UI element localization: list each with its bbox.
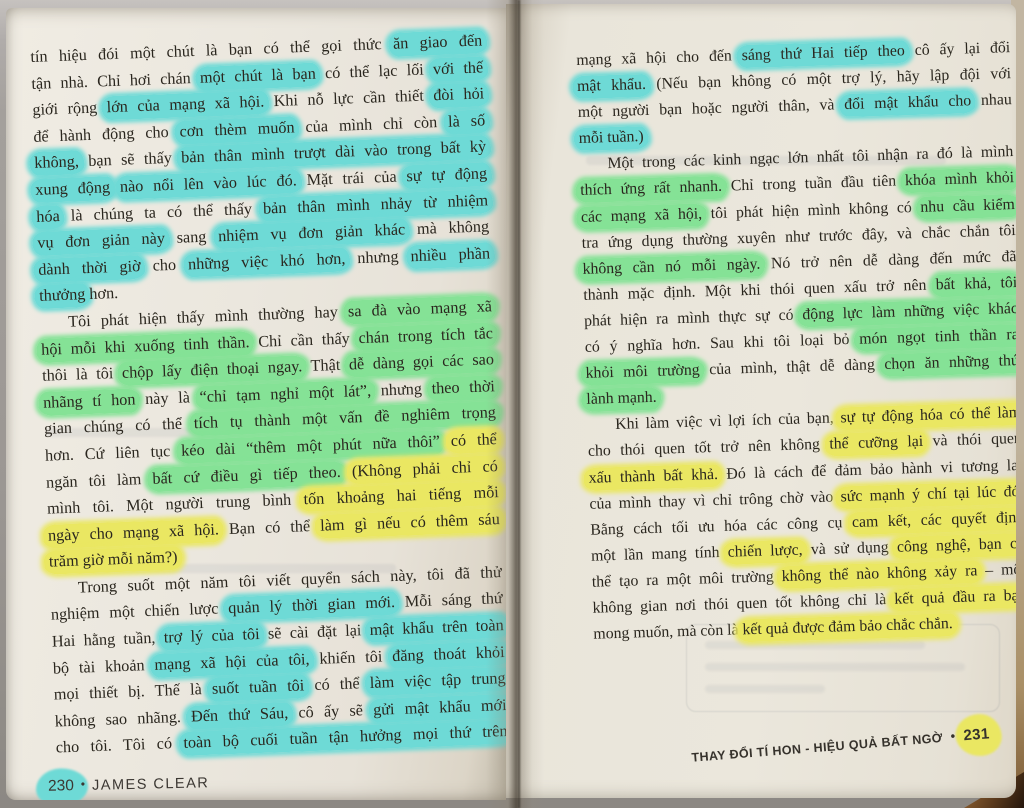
text-segment: khiến tôi — [309, 647, 392, 668]
text-segment: cô ấy lại đổi — [905, 39, 1011, 59]
highlighted-text: công nghệ, bạn có — [892, 533, 1016, 560]
text-segment: Bạn có thể — [219, 516, 321, 538]
highlighted-text: dành thời giờ — [33, 255, 146, 283]
highlighted-text: Đến thứ Sáu, — [186, 702, 294, 730]
text-segment: và thói quen — [923, 430, 1016, 450]
text-segment: Chỉ cần thấy — [249, 329, 359, 351]
highlighted-text: nhiều phần — [405, 242, 495, 269]
highlighted-text: với thế — [428, 56, 489, 82]
highlighted-text: ăn giao đến — [388, 29, 488, 57]
highlighted-text: món ngọt tinh thần ra — [854, 324, 1016, 352]
text-segment: Bằng cách tối ưu hóa các công cụ — [590, 514, 852, 539]
text-segment: có ý nghĩa hơn. Sau khi tôi loại bỏ — [585, 331, 860, 356]
ghost-line — [705, 663, 965, 671]
highlighted-text: chọn ăn những thứ — [879, 350, 1016, 377]
highlighted-text: đổi mật khẩu cho — [839, 90, 977, 117]
text-segment: thể tạo ra một môi trường — [592, 568, 782, 591]
text-segment: của mình, thật dễ dàng — [699, 356, 884, 378]
text-segment: hơn. Cứ liên tục — [45, 442, 182, 465]
left-page: tín hiệu đói một chút là bạn có thể gọi … — [6, 8, 506, 800]
text-segment: nhưng — [345, 247, 411, 267]
text-segment: bộ tài khoản — [53, 656, 155, 678]
text-segment: sẽ cài đặt lại — [259, 621, 370, 643]
text-segment: nhau — [971, 91, 1012, 109]
text-segment: một lần mang tính — [591, 544, 728, 565]
highlighted-text: kết quả được đảm bảo chắc chắn. — [737, 613, 958, 643]
text-segment: gian chúng có thể — [44, 415, 194, 438]
highlighted-text: kết quả đầu ra bạn — [889, 585, 1016, 612]
text-segment: ngăn tôi làm — [46, 469, 153, 491]
text-segment: mong muốn, mà còn là — [593, 621, 743, 642]
text-segment: một người bạn hoặc người thân, và — [578, 96, 845, 121]
highlighted-text: sự tự động — [401, 162, 492, 189]
highlighted-text: đòi hỏi — [428, 82, 490, 108]
text-segment: không gian nơi thói quen tốt không chỉ l… — [592, 591, 894, 617]
text-segment: nghiệm một chiến lược — [51, 600, 229, 624]
highlighted-text: xung động — [30, 176, 116, 203]
highlighted-text: bất khả, tôi — [930, 272, 1016, 298]
highlighted-text: đăng thoát khỏi — [387, 640, 506, 668]
text-segment: không sao nhãng. — [55, 707, 192, 730]
highlighted-text: chiến lược, — [722, 539, 807, 565]
text-segment: này là — [135, 388, 200, 408]
text-segment: Thật — [302, 356, 349, 376]
highlighted-text: thể cưỡng lại — [824, 431, 928, 457]
text-segment: hơn. — [85, 284, 118, 303]
highlighted-text: các mạng xã hội, — [576, 203, 708, 230]
highlighted-text: nhu cầu kiểm — [915, 193, 1016, 219]
highlighted-text: thích ứng rất nhanh. — [575, 176, 727, 203]
chapter-title: THAY ĐỔI TÍ HON - HIỆU QUẢ BẤT NGỜ — [691, 731, 943, 765]
text-segment: giới rộng — [32, 98, 107, 119]
highlighted-text: thưởng — [34, 283, 91, 309]
highlighted-text: trợ lý của tôi — [158, 623, 265, 651]
author-name: JAMES CLEAR — [92, 775, 210, 793]
text-segment: nhưng — [371, 379, 432, 399]
text-segment: Mỗi sáng thứ — [395, 590, 503, 612]
open-book-photo: tín hiệu đói một chút là bạn có thể gọi … — [0, 0, 1024, 808]
text-segment: để hành động cho — [33, 122, 180, 145]
text-segment: của mình chỉ còn — [294, 113, 448, 137]
highlighted-text: mật khẩu. — [572, 74, 651, 99]
footer-dot: • — [81, 777, 85, 791]
highlighted-text: mỗi tuần.) — [573, 126, 649, 151]
text-segment: có thể lạc lối — [315, 60, 433, 82]
highlighted-text: suốt tuần tôi — [207, 674, 310, 702]
text-segment: cho — [140, 255, 188, 275]
left-page-text: tín hiệu đói một chút là bạn có thể gọi … — [30, 27, 506, 761]
highlighted-text: là số — [443, 109, 491, 135]
right-page-footer: THAY ĐỔI TÍ HON - HIỆU QUẢ BẤT NGỜ•231 — [691, 725, 990, 765]
page-number: 230 — [48, 777, 74, 795]
highlighted-text: sức mạnh ý chí tại lúc đó. — [835, 480, 1016, 509]
highlighted-text: khỏi môi trường — [580, 359, 705, 386]
text-segment: tôi phát hiện mình không có — [702, 198, 921, 221]
text-segment: Mặt trái của — [296, 167, 406, 189]
highlighted-text: xấu thành bất khả. — [583, 463, 723, 490]
text-segment: và sử dụng — [802, 538, 897, 558]
right-page-text: mạng xã hội cho đến sáng thứ Hai tiếp th… — [576, 35, 1016, 648]
text-segment: Khi làm việc vì lợi ích của bạn, — [615, 410, 841, 434]
footer-dot: • — [950, 729, 956, 743]
text-segment: Hai hằng tuần, — [52, 629, 165, 651]
highlighted-text: cam kết, các quyết định — [847, 506, 1016, 534]
text-segment: cho tôi. Tôi có — [55, 734, 183, 757]
right-page: mạng xã hội cho đến sáng thứ Hai tiếp th… — [506, 4, 1016, 798]
text-segment: cho thói quen tốt trở nên không — [588, 436, 830, 460]
text-segment: bạn sẽ thấy — [79, 149, 182, 171]
ghost-line — [705, 685, 825, 693]
highlighted-text: theo thời — [426, 375, 500, 402]
text-segment: mà không — [405, 217, 490, 238]
text-segment: – một — [977, 561, 1016, 579]
text-segment: Nó trở nên dễ dàng đến mức đã — [760, 248, 1016, 273]
text-segment: mọi thiết bị. Thế là — [54, 680, 213, 704]
text-segment: của mình thay vì chỉ trông chờ vào — [589, 488, 841, 512]
text-segment: tận nhà. Chỉ hơi chán — [31, 68, 200, 92]
highlighted-text: có thể — [445, 428, 502, 454]
text-segment: Chỉ trong tuần đầu tiên — [722, 173, 906, 195]
highlighted-text: khóa mình khỏi — [900, 167, 1016, 194]
text-segment: là chúng ta có thể thấy — [59, 199, 263, 224]
text-segment: thôi là tôi — [42, 364, 122, 385]
highlighted-text: nhãng tí hon — [38, 388, 141, 416]
highlighted-text: không, — [29, 150, 84, 176]
book-crease-line — [518, 0, 520, 808]
text-segment: có thể — [304, 674, 370, 694]
text-segment: Đó là cách để đảm bảo hành vi tương lai — [718, 456, 1016, 482]
text-segment: cô ấy sẽ — [288, 701, 374, 722]
text-segment: phát hiện ra mình thực sự có — [584, 306, 803, 329]
text-segment: mạng xã hội cho đến — [576, 47, 742, 69]
page-number: 231 — [963, 725, 990, 744]
highlighted-text: lành mạnh. — [581, 387, 662, 412]
text-segment: sang — [165, 227, 219, 247]
text-segment: Khi nỗ lực cần thiết — [264, 86, 434, 110]
left-page-footer: 230•JAMES CLEAR — [48, 774, 210, 795]
